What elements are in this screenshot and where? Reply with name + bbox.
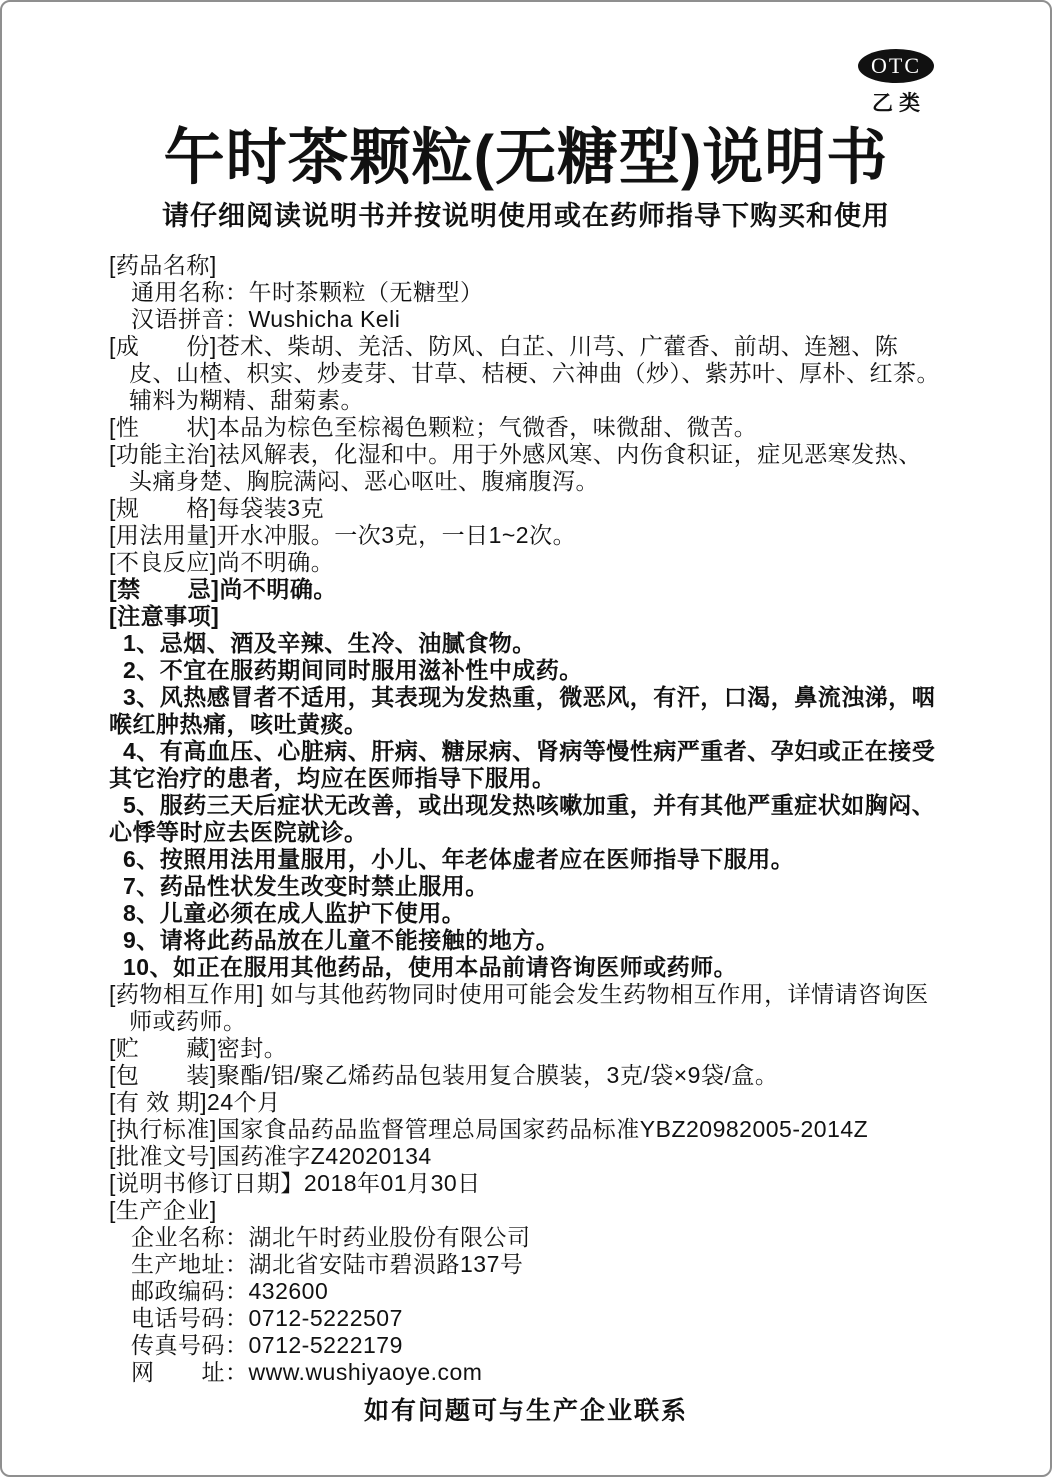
section-line-10: [注意事项] — [109, 603, 945, 630]
note-line-19: 9、请将此药品放在儿童不能接触的地方。 — [109, 927, 945, 954]
sub-line-2: 汉语拼音：Wushicha Keli — [109, 306, 945, 333]
sub-line-1: 通用名称：午时茶颗粒（无糖型） — [109, 279, 945, 306]
section-line-8: [不良反应]尚不明确。 — [109, 549, 945, 576]
otc-logo-text: OTC — [871, 53, 921, 79]
section-line-4: [性 状]本品为棕色至棕褐色颗粒；气微香，味微甜、微苦。 — [109, 414, 945, 441]
drug-leaflet-page: OTC 乙类 午时茶颗粒(无糖型)说明书 请仔细阅读说明书并按说明使用或在药师指… — [0, 0, 1052, 1477]
note-line-17: 7、药品性状发生改变时禁止服用。 — [109, 873, 945, 900]
section-line-0: [药品名称] — [109, 252, 945, 279]
otc-badge: OTC 乙类 — [858, 49, 934, 117]
leaflet-body: [药品名称]通用名称：午时茶颗粒（无糖型）汉语拼音：Wushicha Keli[… — [109, 252, 945, 1386]
section-line-5: [功能主治]祛风解表，化湿和中。用于外感风寒、内伤食积证，症见恶寒发热、头痛身楚… — [109, 441, 945, 495]
sub-line-29: 企业名称：湖北午时药业股份有限公司 — [109, 1224, 945, 1251]
sub-line-30: 生产地址：湖北省安陆市碧涢路137号 — [109, 1251, 945, 1278]
note-line-11: 1、忌烟、酒及辛辣、生冷、油腻食物。 — [109, 630, 945, 657]
otc-logo-oval: OTC — [858, 49, 934, 83]
section-line-7: [用法用量]开水冲服。一次3克，一日1~2次。 — [109, 522, 945, 549]
section-line-9: [禁 忌]尚不明确。 — [109, 576, 945, 603]
section-line-26: [批准文号]国药准字Z42020134 — [109, 1143, 945, 1170]
section-line-24: [有 效 期]24个月 — [109, 1089, 945, 1116]
sub-line-31: 邮政编码：432600 — [109, 1278, 945, 1305]
section-line-25: [执行标准]国家食品药品监督管理总局国家药品标准YBZ20982005-2014… — [109, 1116, 945, 1143]
section-line-22: [贮 藏]密封。 — [109, 1035, 945, 1062]
section-line-28: [生产企业] — [109, 1197, 945, 1224]
note-line-18: 8、儿童必须在成人监护下使用。 — [109, 900, 945, 927]
page-subtitle: 请仔细阅读说明书并按说明使用或在药师指导下购买和使用 — [2, 200, 1050, 232]
sub-line-33: 传真号码：0712-5222179 — [109, 1332, 945, 1359]
note-line-12: 2、不宜在服药期间同时服用滋补性中成药。 — [109, 657, 945, 684]
note-line-15: 5、服药三天后症状无改善，或出现发热咳嗽加重，并有其他严重症状如胸闷、心悸等时应… — [109, 792, 945, 846]
section-line-23: [包 装]聚酯/铝/聚乙烯药品包装用复合膜装，3克/袋×9袋/盒。 — [109, 1062, 945, 1089]
note-line-14: 4、有高血压、心脏病、肝病、糖尿病、肾病等慢性病严重者、孕妇或正在接受其它治疗的… — [109, 738, 945, 792]
note-line-20: 10、如正在服用其他药品，使用本品前请咨询医师或药师。 — [109, 954, 945, 981]
section-line-3: [成 份]苍术、柴胡、羌活、防风、白芷、川芎、广藿香、前胡、连翘、陈皮、山楂、枳… — [109, 333, 945, 414]
footer-note: 如有问题可与生产企业联系 — [2, 1394, 1050, 1428]
note-line-16: 6、按照用法用量服用，小儿、年老体虚者应在医师指导下服用。 — [109, 846, 945, 873]
sub-line-32: 电话号码：0712-5222507 — [109, 1305, 945, 1332]
otc-class-label: 乙类 — [858, 87, 934, 117]
section-line-6: [规 格]每袋装3克 — [109, 495, 945, 522]
section-line-21: [药物相互作用] 如与其他药物同时使用可能会发生药物相互作用，详情请咨询医师或药… — [109, 981, 945, 1035]
note-line-13: 3、风热感冒者不适用，其表现为发热重，微恶风，有汗，口渴，鼻流浊涕，咽喉红肿热痛… — [109, 684, 945, 738]
sub-line-34: 网 址：www.wushiyaoye.com — [109, 1359, 945, 1386]
section-line-27: [说明书修订日期】2018年01月30日 — [109, 1170, 945, 1197]
